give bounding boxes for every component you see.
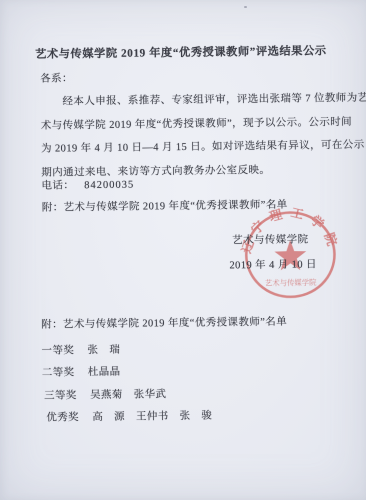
scanned-document-page: 艺术与传媒学院 2019 年度“优秀授课教师”评选结果公示 各系： 经本人申报、… bbox=[0, 0, 366, 500]
award-row: 一等奖张 瑞 bbox=[41, 342, 120, 358]
award-names: 高 源 王仲书 张 骏 bbox=[92, 411, 212, 423]
page-title: 艺术与传媒学院 2019 年度“优秀授课教师”评选结果公示 bbox=[0, 42, 364, 62]
stamp-inner-text: 艺术与传媒学院 bbox=[265, 278, 317, 288]
award-level: 优秀奖 bbox=[46, 409, 90, 425]
award-names: 张 瑞 bbox=[87, 345, 120, 356]
phone-number: 84200035 bbox=[84, 180, 134, 192]
award-row: 二等奖杜晶晶 bbox=[42, 364, 121, 380]
phone-label: 电话： bbox=[41, 180, 74, 191]
award-level: 二等奖 bbox=[42, 364, 86, 380]
award-row: 三等奖吴燕菊 张华武 bbox=[44, 386, 166, 402]
salutation: 各系： bbox=[40, 70, 73, 85]
award-level: 一等奖 bbox=[41, 342, 85, 358]
award-names: 吴燕菊 张华武 bbox=[90, 389, 166, 401]
body-paragraph: 经本人申报、系推荐、专家组评审，评选出张瑞等 7 位教师为艺 术与传媒学院 20… bbox=[0, 0, 363, 2]
body-line: 为 2019 年 4 月 10 日—4 月 15 日。如对评选结果有异议，可在公… bbox=[41, 137, 327, 155]
award-row: 优秀奖高 源 王仲书 张 骏 bbox=[46, 408, 212, 425]
roster-heading: 附：艺术与传媒学院 2019 年度“优秀授课教师”名单 bbox=[41, 314, 287, 332]
body-line: 术与传媒学院 2019 年度“优秀授课教师”，现予以公示。公示时间 bbox=[41, 114, 327, 132]
body-line: 经本人申报、系推荐、专家组评审，评选出张瑞等 7 位教师为艺 bbox=[40, 90, 326, 108]
award-names: 杜晶晶 bbox=[88, 367, 121, 378]
document-content: 艺术与传媒学院 2019 年度“优秀授课教师”评选结果公示 各系： 经本人申报、… bbox=[0, 0, 366, 500]
official-stamp: 辽宁理工学院 艺术与传媒学院 bbox=[238, 204, 343, 303]
signature-org: 艺术与传媒学院 bbox=[232, 231, 308, 247]
signature-date: 2019 年 4 月 10 日 bbox=[229, 256, 317, 272]
phone-line: 电话：84200035 bbox=[41, 177, 134, 193]
award-level: 三等奖 bbox=[44, 387, 88, 403]
